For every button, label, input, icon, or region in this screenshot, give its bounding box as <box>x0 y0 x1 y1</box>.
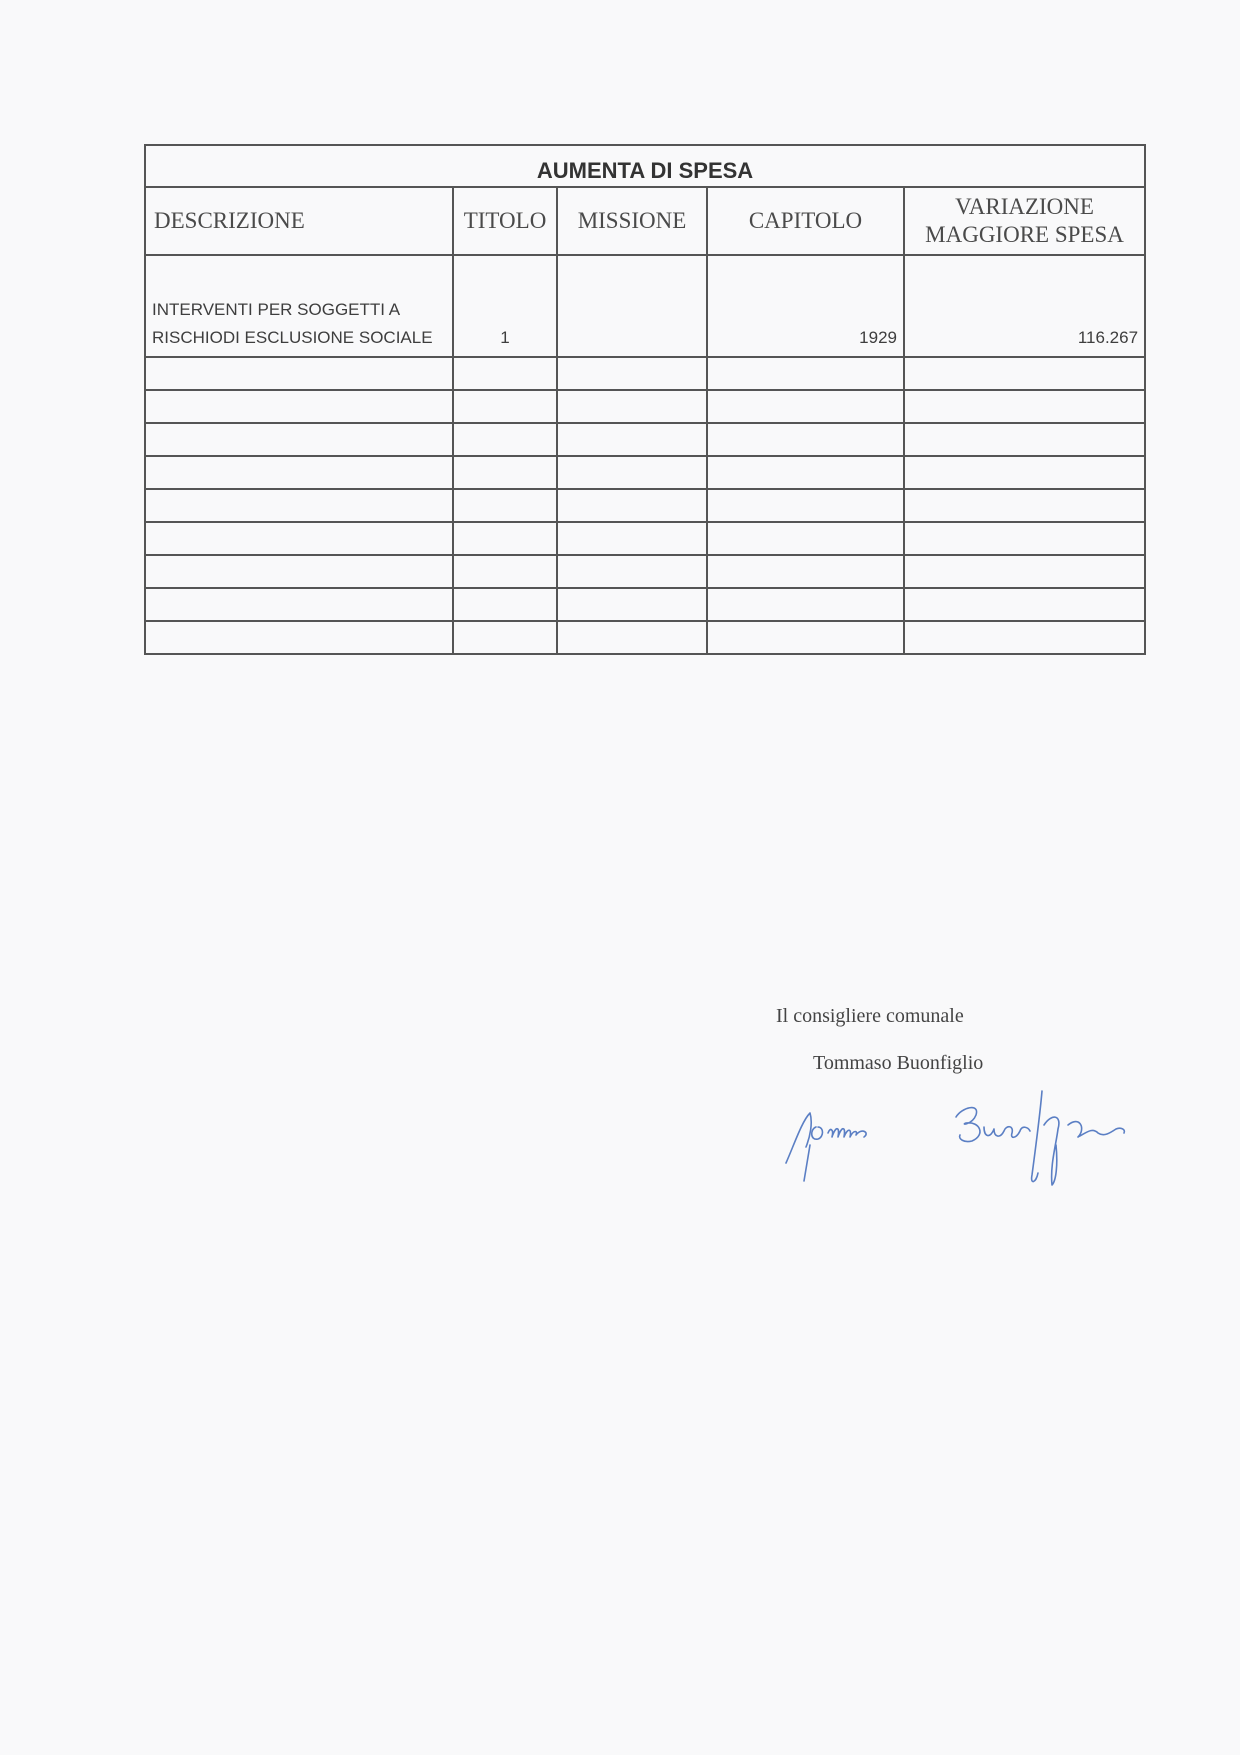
empty-cell <box>453 357 557 390</box>
empty-cell <box>904 621 1145 654</box>
table-row-empty <box>145 489 1145 522</box>
handwritten-signature <box>780 1085 1160 1195</box>
empty-cell <box>904 522 1145 555</box>
empty-cell <box>145 489 453 522</box>
empty-cell <box>145 456 453 489</box>
column-header-titolo: TITOLO <box>453 187 557 255</box>
empty-cell <box>557 357 707 390</box>
column-header-descrizione: DESCRIZIONE <box>145 187 453 255</box>
empty-cell <box>453 588 557 621</box>
empty-cell <box>904 456 1145 489</box>
empty-cell <box>453 423 557 456</box>
empty-cell <box>904 423 1145 456</box>
empty-cell <box>145 588 453 621</box>
cell-missione <box>557 255 707 357</box>
empty-cell <box>707 522 904 555</box>
empty-cell <box>557 390 707 423</box>
signature-block: Il consigliere comunale Tommaso Buonfigl… <box>776 1005 983 1075</box>
empty-cell <box>707 357 904 390</box>
empty-cell <box>557 522 707 555</box>
empty-cell <box>557 423 707 456</box>
empty-cell <box>707 423 904 456</box>
empty-cell <box>145 390 453 423</box>
empty-cell <box>707 489 904 522</box>
empty-cell <box>707 621 904 654</box>
table-row-empty <box>145 456 1145 489</box>
empty-cell <box>557 456 707 489</box>
signer-role: Il consigliere comunale <box>776 1005 983 1028</box>
table-row-empty <box>145 522 1145 555</box>
spending-increase-table: AUMENTA DI SPESA DESCRIZIONE TITOLO MISS… <box>144 144 1146 655</box>
table-row-empty <box>145 555 1145 588</box>
empty-cell <box>707 588 904 621</box>
empty-cell <box>557 489 707 522</box>
empty-cell <box>145 423 453 456</box>
table-row-empty <box>145 357 1145 390</box>
empty-cell <box>557 555 707 588</box>
empty-cell <box>904 588 1145 621</box>
table-row-empty <box>145 588 1145 621</box>
empty-cell <box>145 555 453 588</box>
cell-titolo: 1 <box>453 255 557 357</box>
empty-cell <box>145 357 453 390</box>
column-header-capitolo: CAPITOLO <box>707 187 904 255</box>
empty-cell <box>453 621 557 654</box>
column-header-missione: MISSIONE <box>557 187 707 255</box>
empty-cell <box>707 555 904 588</box>
table-header-row: DESCRIZIONE TITOLO MISSIONE CAPITOLO VAR… <box>145 187 1145 255</box>
empty-cell <box>904 357 1145 390</box>
empty-rows <box>145 357 1145 654</box>
table-row-empty <box>145 423 1145 456</box>
empty-cell <box>453 456 557 489</box>
empty-cell <box>453 522 557 555</box>
cell-variazione: 116.267 <box>904 255 1145 357</box>
signer-name: Tommaso Buonfiglio <box>813 1052 983 1075</box>
table-row-empty <box>145 621 1145 654</box>
empty-cell <box>145 522 453 555</box>
empty-cell <box>904 555 1145 588</box>
table-row: INTERVENTI PER SOGGETTI A RISCHIODI ESCL… <box>145 255 1145 357</box>
empty-cell <box>707 456 904 489</box>
column-header-variazione: VARIAZIONE MAGGIORE SPESA <box>904 187 1145 255</box>
table-title: AUMENTA DI SPESA <box>145 145 1145 187</box>
table-row-empty <box>145 390 1145 423</box>
empty-cell <box>453 555 557 588</box>
empty-cell <box>707 390 904 423</box>
empty-cell <box>145 621 453 654</box>
empty-cell <box>453 489 557 522</box>
empty-cell <box>557 588 707 621</box>
empty-cell <box>904 489 1145 522</box>
cell-descrizione: INTERVENTI PER SOGGETTI A RISCHIODI ESCL… <box>145 255 453 357</box>
empty-cell <box>904 390 1145 423</box>
empty-cell <box>453 390 557 423</box>
empty-cell <box>557 621 707 654</box>
cell-capitolo: 1929 <box>707 255 904 357</box>
